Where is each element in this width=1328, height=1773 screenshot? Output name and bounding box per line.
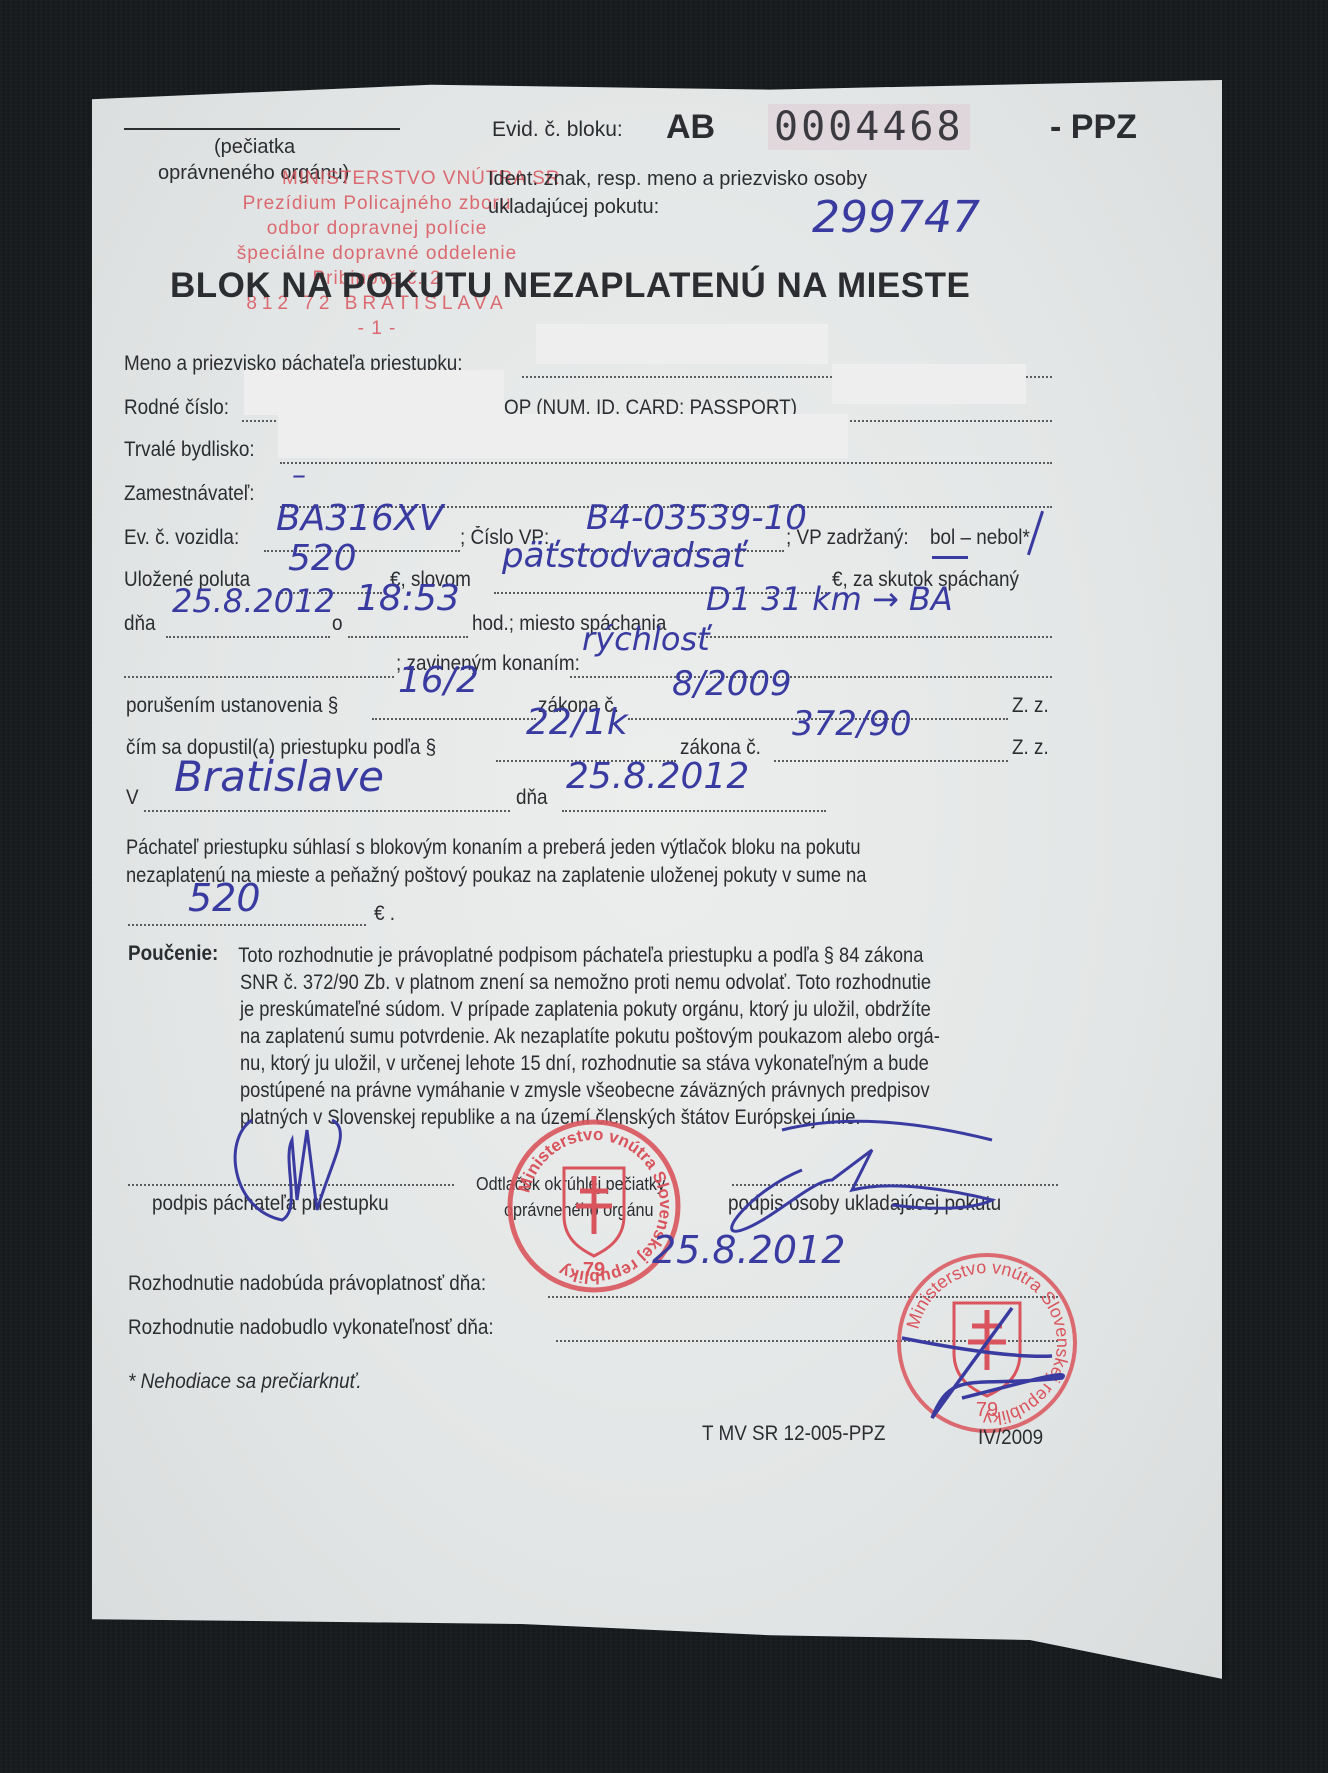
notice-line: Toto rozhodnutie je právoplatné podpisom…	[238, 942, 940, 969]
round-stamp-number-2: 79	[976, 1399, 998, 1421]
redacted-offender-name	[536, 324, 828, 364]
date-label: dňa	[124, 612, 156, 636]
employer-value: –	[292, 458, 306, 491]
ident-label: Ident. znak, resp. meno a priezvisko oso…	[488, 168, 867, 191]
culpable-value: rýchlosť	[582, 620, 710, 658]
law2-value: 372/90	[792, 704, 912, 744]
law-value: 8/2009	[672, 664, 792, 704]
residence-line	[280, 462, 1052, 464]
notice-line: je preskúmateľné súdom. V prípade zaplat…	[240, 996, 940, 1023]
place-line	[698, 636, 1052, 638]
consent-text-2: nezaplatenú na mieste a peňažný poštový …	[126, 864, 1048, 888]
zz-label-2: Z. z.	[1012, 736, 1049, 760]
on-line	[562, 810, 826, 812]
offence-value: 22/1k	[526, 702, 628, 743]
notice-line: nu, ktorý ju uložil, v určenej lehote 15…	[240, 1050, 940, 1077]
evid-label: Evid. č. bloku:	[492, 118, 623, 142]
culpable-line	[570, 676, 1052, 678]
law2-line	[774, 760, 1008, 762]
vp-detained-label: ; VP zadržaný:	[786, 526, 909, 550]
words-value: päťstodvadsať	[502, 536, 746, 576]
violation-line	[372, 718, 536, 720]
fine-amount-value: 520	[288, 538, 357, 579]
place-value: D1 31 km → BA	[706, 580, 953, 618]
date-line	[166, 636, 330, 638]
form-code: T MV SR 12-005-PPZ	[702, 1422, 885, 1446]
agency-stamp-line: - 1 -	[202, 316, 552, 341]
violation-value: 16/2	[398, 660, 479, 701]
vp-detained-options: bol – nebol*	[930, 526, 1030, 550]
page-title: BLOK NA POKUTU NEZAPLATENÚ NA MIESTE	[170, 266, 970, 306]
agency-stamp-line: špeciálne dopravné oddelenie	[202, 241, 552, 266]
employer-label: Zamestnávateľ:	[124, 482, 255, 506]
zz-label: Z. z.	[1012, 694, 1049, 718]
validity-date-value: 25.8.2012	[652, 1228, 845, 1272]
in-value: Bratislave	[174, 752, 384, 801]
consent-amount: 520	[188, 876, 261, 920]
on-label: dňa	[516, 786, 548, 810]
bol-underline-mark	[932, 556, 968, 559]
time-line	[348, 636, 468, 638]
round-official-stamp-2: Ministerstvo vnútra Slovenskej republiky…	[892, 1248, 1082, 1438]
notice-label: Poučenie:	[128, 942, 218, 966]
consent-text: Páchateľ priestupku súhlasí s blokovým k…	[126, 836, 1048, 860]
ident-value: 299747	[812, 192, 980, 243]
on-value: 25.8.2012	[566, 756, 749, 797]
vehicle-value: BA316XV	[276, 498, 443, 539]
validity-date-label: Rozhodnutie nadobúda právoplatnosť dňa:	[128, 1272, 486, 1296]
evid-number: 0004468	[768, 104, 970, 150]
culpable-prefix-line	[124, 676, 394, 678]
birth-number-label: Rodné číslo:	[124, 396, 229, 420]
redacted-id-card	[832, 364, 1026, 404]
in-label: V	[126, 786, 139, 810]
evid-suffix: - PPZ	[1050, 108, 1137, 147]
notice-line: na zaplatenú sumu potvrdenie. Ak nezapla…	[240, 1023, 940, 1050]
form-version: IV/2009	[978, 1426, 1043, 1450]
evid-series: AB	[666, 108, 715, 147]
notice-line: SNR č. 372/90 Zb. v platnom znení sa nem…	[240, 969, 940, 996]
redacted-birth-number	[244, 370, 504, 415]
o-label: o	[332, 612, 343, 636]
consent-amount-line	[128, 924, 366, 926]
fine-ticket-paper: (pečiatka oprávneného orgánu) MINISTERST…	[92, 80, 1222, 1680]
date-value: 25.8.2012	[172, 582, 335, 620]
footnote: * Nehodiace sa prečiarknuť.	[128, 1370, 362, 1394]
vp-value: B4-03539-10	[586, 498, 807, 538]
residence-label: Trvalé bydlisko:	[124, 438, 255, 462]
ident-label-2: ukladajúcej pokutu:	[488, 196, 659, 219]
stamp-placeholder-label: (pečiatka	[214, 136, 295, 159]
time-value: 18:53	[356, 578, 460, 619]
vehicle-label: Ev. č. vozidla:	[124, 526, 239, 550]
offender-signature	[222, 1100, 422, 1240]
agency-stamp: MINISTERSTVO VNÚTRA SR Prezídium Policaj…	[202, 166, 552, 341]
in-line	[144, 810, 510, 812]
agency-stamp-line: odbor dopravnej polície	[202, 216, 552, 241]
redacted-residence	[278, 414, 848, 458]
stamp-placeholder-line	[124, 128, 400, 130]
violation-label: porušením ustanovenia §	[126, 694, 338, 718]
round-stamp-number: 79	[583, 1259, 605, 1281]
enforceability-date-label: Rozhodnutie nadobudlo vykonateľnosť dňa:	[128, 1316, 494, 1340]
consent-euro: € .	[374, 902, 395, 926]
